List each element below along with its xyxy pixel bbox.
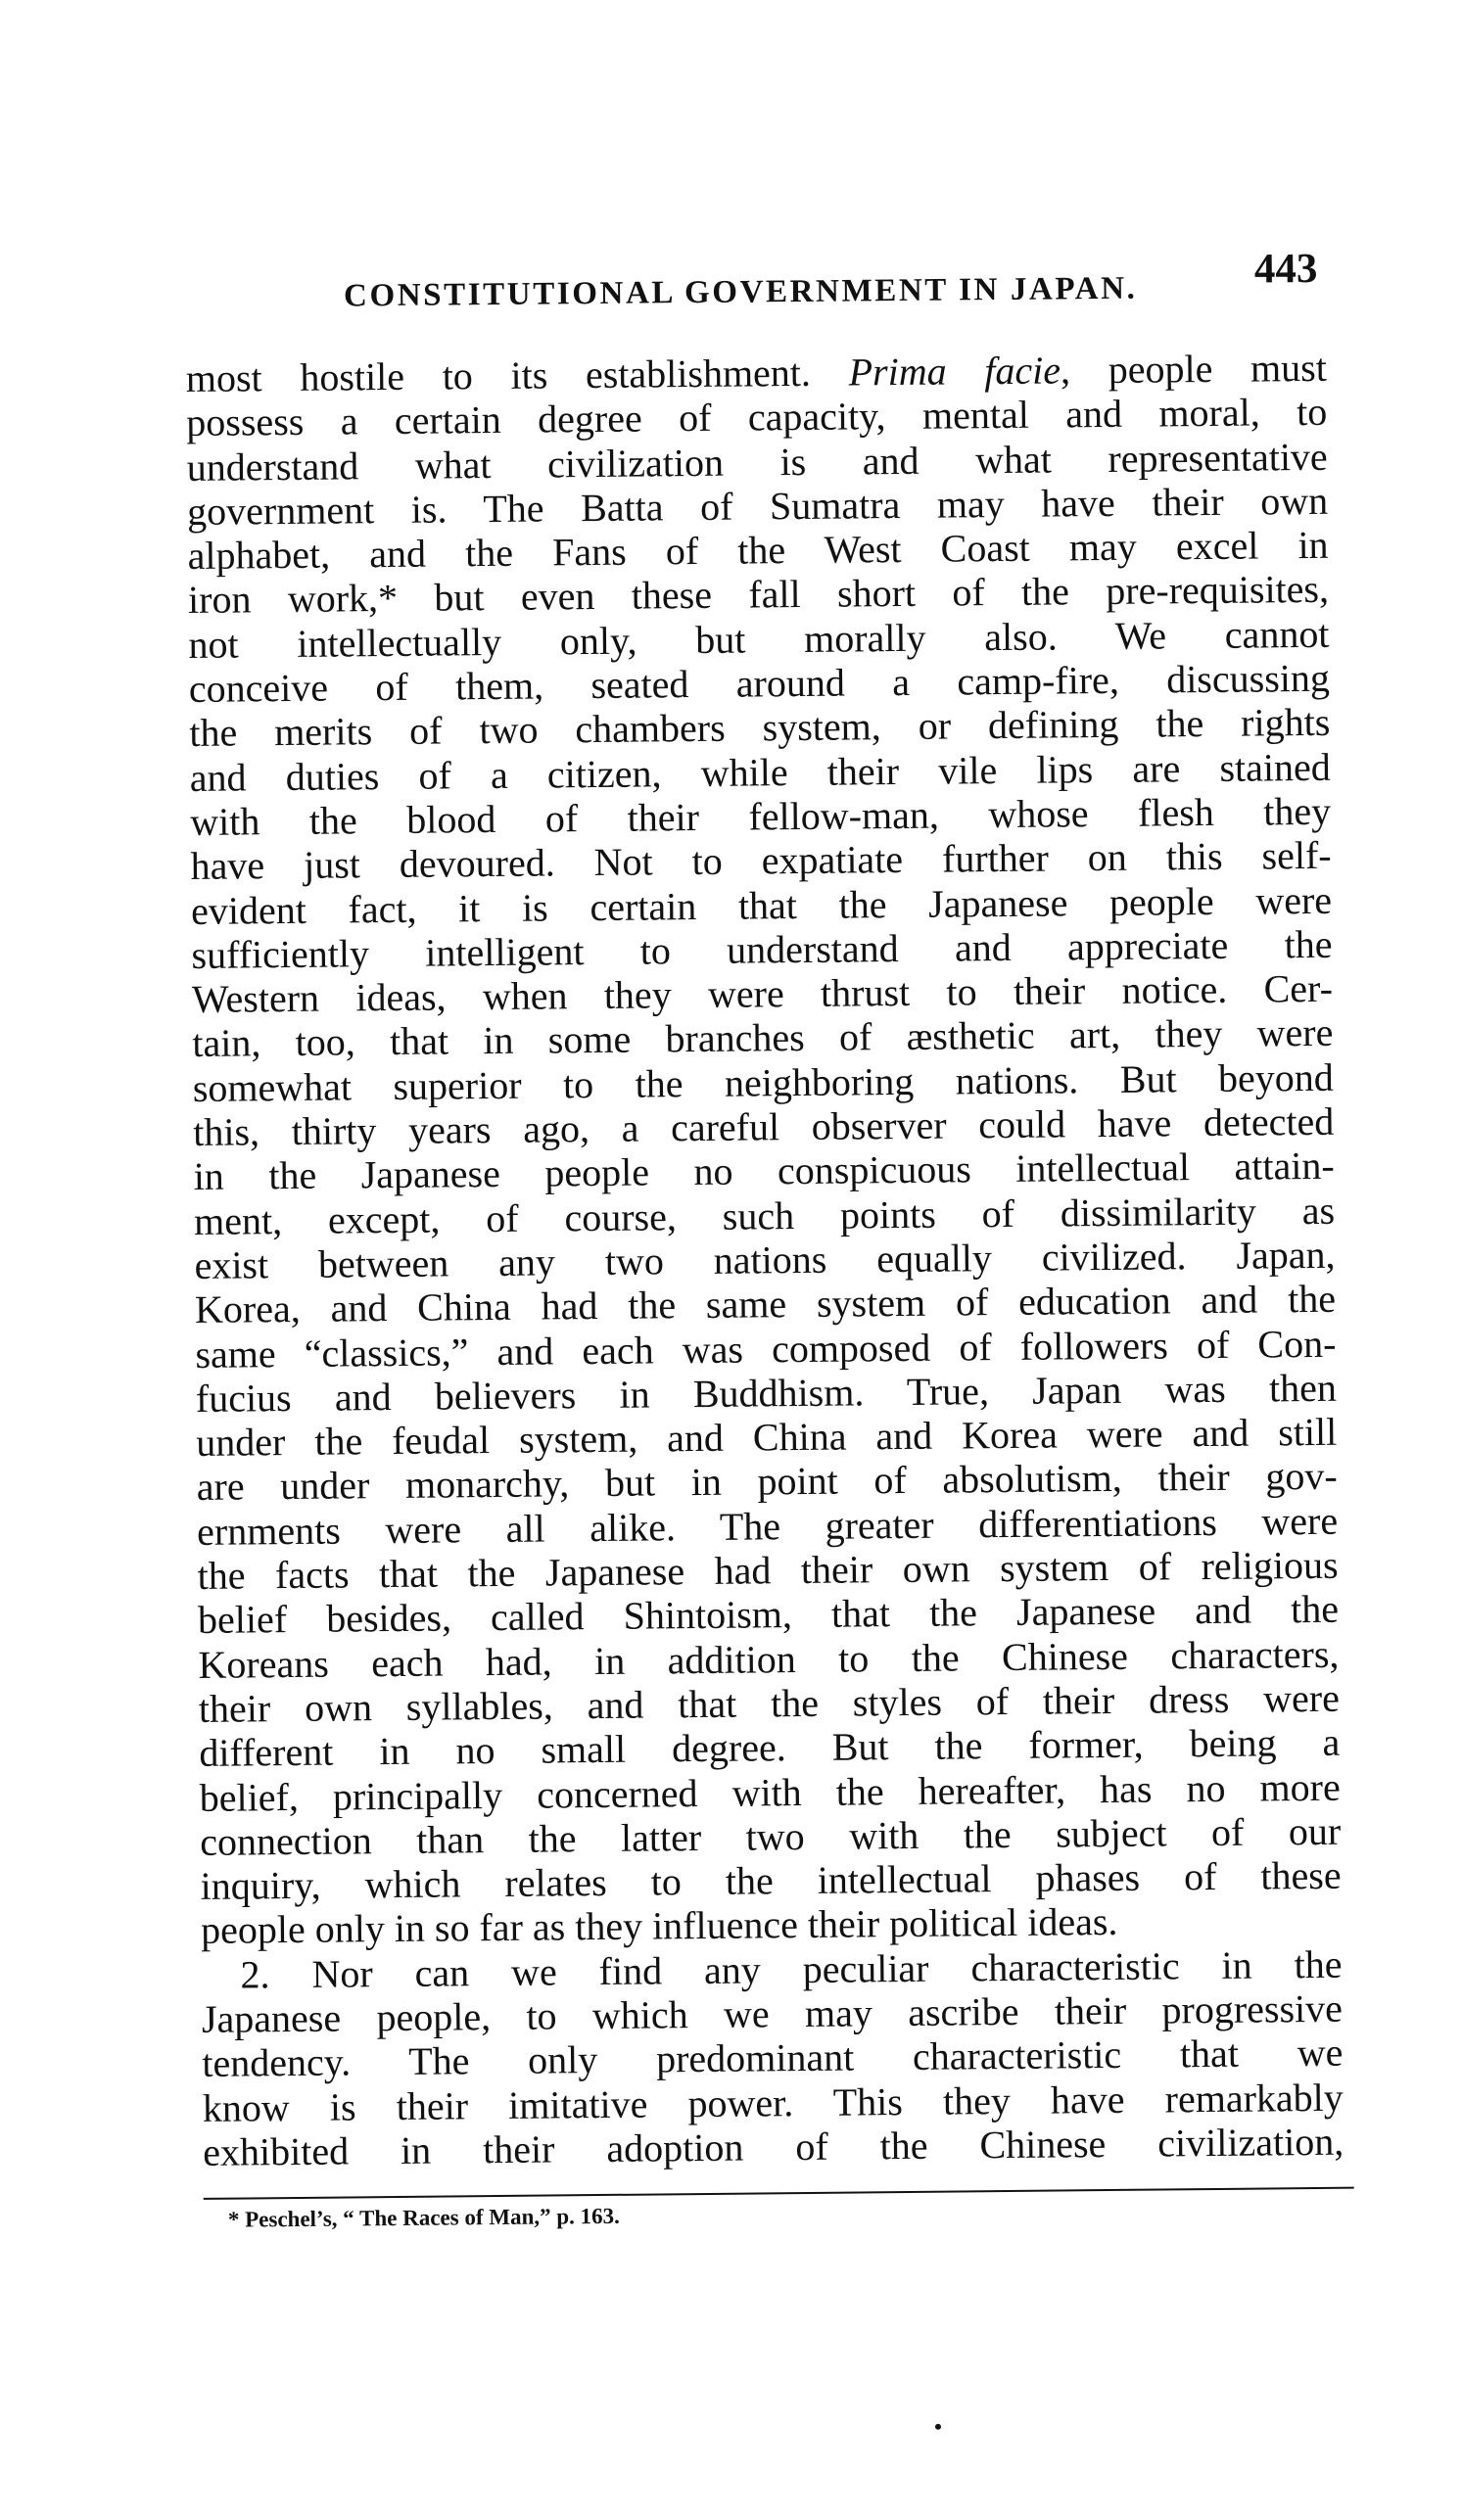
footnote-rule bbox=[204, 2187, 1354, 2200]
stray-ink-dot bbox=[935, 2424, 941, 2430]
book-page: CONSTITUTIONAL GOVERNMENT IN JAPAN. 443 … bbox=[0, 0, 1462, 2520]
body-text: most hostile to its establishment. Prima… bbox=[186, 346, 1344, 2174]
footnote: * Peschel’s, “ The Races of Man,” p. 163… bbox=[228, 2201, 620, 2236]
page-number: 443 bbox=[1254, 248, 1318, 292]
running-head: CONSTITUTIONAL GOVERNMENT IN JAPAN. 443 bbox=[344, 261, 1323, 318]
italic-phrase: Prima facie bbox=[848, 348, 1061, 394]
running-title: CONSTITUTIONAL GOVERNMENT IN JAPAN. bbox=[344, 269, 1138, 316]
